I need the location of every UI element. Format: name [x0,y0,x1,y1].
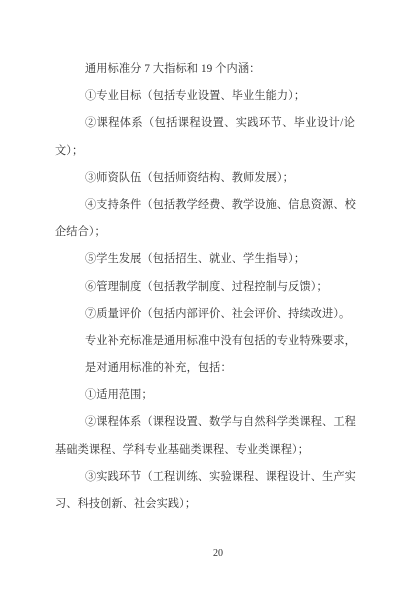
document-line: ⑦质量评价（包括内部评价、社会评价、持续改进）。 [55,301,355,328]
document-page: 通用标准分 7 大指标和 19 个内涵： ①专业目标（包括专业设置、毕业生能力）… [0,0,403,604]
document-line: 文）； [55,138,355,165]
document-line: ③师资队伍（包括师资结构、教师发展）； [55,165,355,192]
document-line: ④支持条件（包括教学经费、教学设施、信息资源、校 [55,192,355,219]
page-number: 20 [198,547,238,561]
document-line: ①适用范围； [55,382,355,409]
document-line: 企结合）； [55,219,355,246]
document-line: ①专业目标（包括专业设置、毕业生能力）； [55,83,355,110]
text-block: 通用标准分 7 大指标和 19 个内涵： ①专业目标（包括专业设置、毕业生能力）… [55,56,355,518]
document-line: ③实践环节（工程训练、实验课程、课程设计、生产实 [55,464,355,491]
document-line: ⑥管理制度（包括教学制度、过程控制与反馈）； [55,274,355,301]
document-line: ②课程体系（课程设置、数学与自然科学类课程、工程 [55,409,355,436]
document-line: ⑤学生发展（包括招生、就业、学生指导）； [55,246,355,273]
document-line: ②课程体系（包括课程设置、实践环节、毕业设计/论 [55,110,355,137]
document-line: 基础类课程、学科专业基础类课程、专业类课程）； [55,437,355,464]
document-line: 专业补充标准是通用标准中没有包括的专业特殊要求， [55,328,355,355]
document-line: 通用标准分 7 大指标和 19 个内涵： [55,56,355,83]
document-line: 习、科技创新、社会实践）； [55,491,355,518]
document-line: 是对通用标准的补充，包括： [55,355,355,382]
